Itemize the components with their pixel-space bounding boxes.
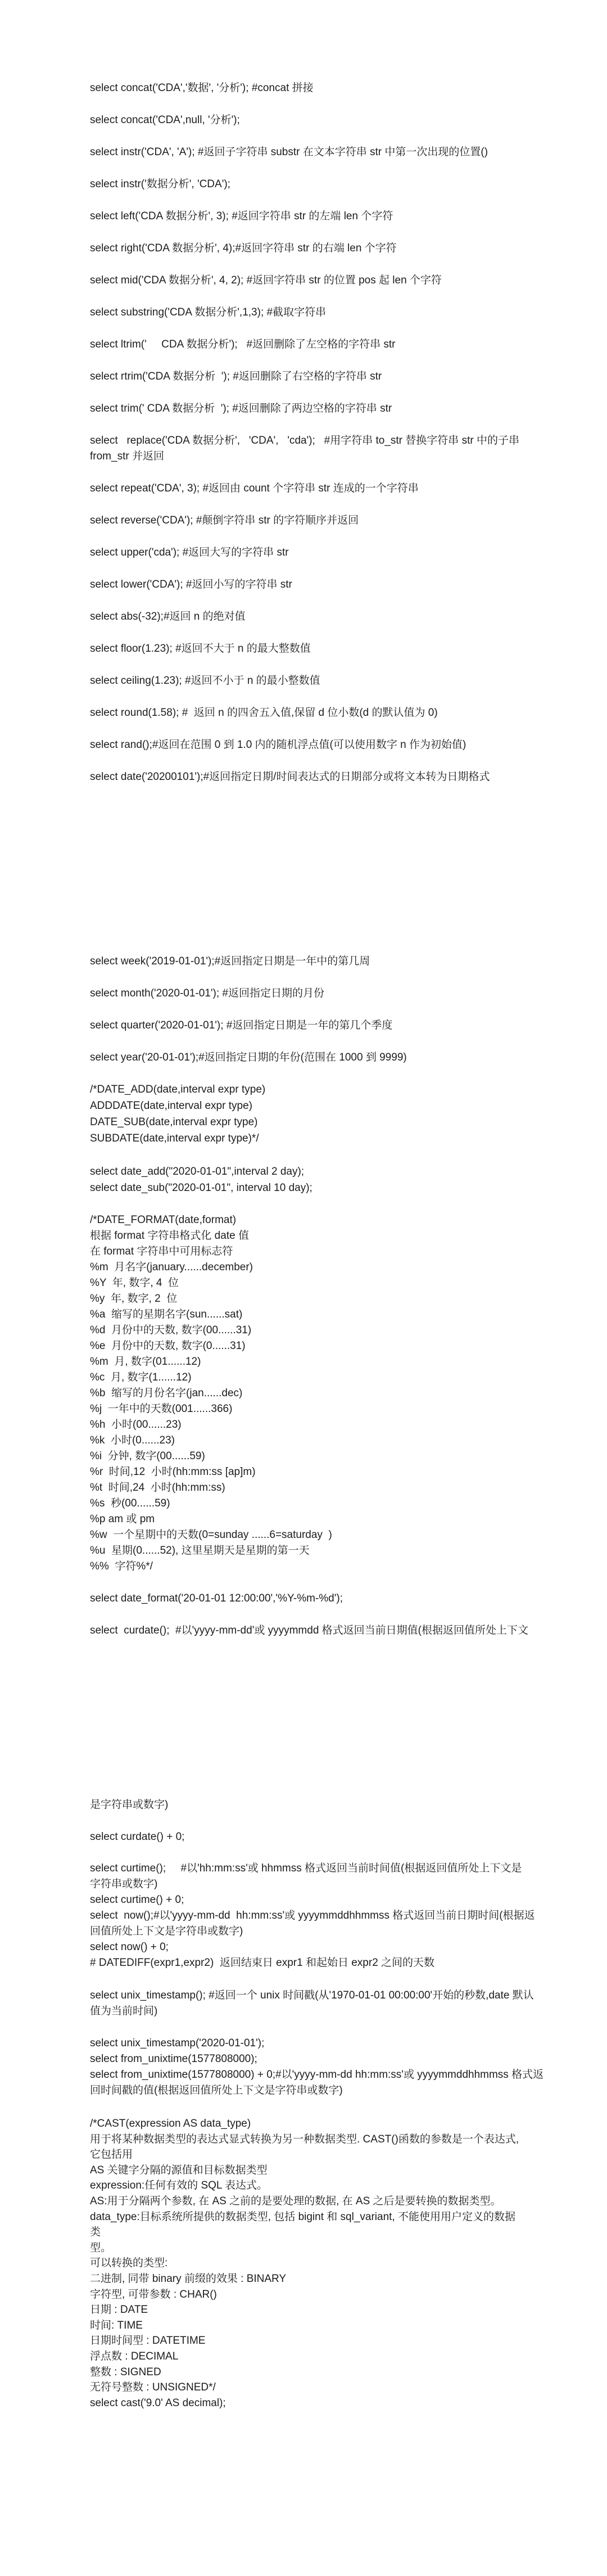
paragraph: select curdate(); #以'yyyy-mm-dd'或 yyyymm…: [90, 1623, 528, 1639]
text-line: /*DATE_FORMAT(date,format): [90, 1212, 332, 1228]
text-block-date-add-examples: select date_add("2020-01-01",interval 2 …: [90, 1163, 312, 1213]
text-line: from_str 并返回: [90, 449, 519, 464]
paragraph: select ltrim(' CDA 数据分析'); #返回删除了左空格的字符串…: [90, 337, 519, 353]
text-line: select month('2020-01-01'); #返回指定日期的月份: [90, 986, 407, 1001]
text-line: 是字符串或数字): [90, 1797, 184, 1813]
text-line: %w 一个星期中的天数(0=sunday ......6=saturday ): [90, 1527, 332, 1543]
text-line: select cast('9.0' AS decimal);: [90, 2395, 519, 2411]
text-line: select week('2019-01-01');#返回指定日期是一年中的第几…: [90, 954, 407, 969]
paragraph: select substring('CDA 数据分析',1,3); #截取字符串: [90, 305, 519, 321]
text-line: %% 字符%*/: [90, 1559, 332, 1575]
text-line: select upper('cda'); #返回大写的字符串 str: [90, 545, 519, 561]
text-line: 用于将某种数据类型的表达式显式转换为另一种数据类型. CAST()函数的参数是一…: [90, 2132, 519, 2148]
text-line: 日期时间型 : DATETIME: [90, 2333, 519, 2349]
text-line: /*DATE_ADD(date,interval expr type): [90, 1081, 265, 1098]
text-block-curtime-now-datediff: select curtime(); #以'hh:mm:ss'或 hhmmss 格…: [90, 1861, 535, 1971]
paragraph: select quarter('2020-01-01'); #返回指定日期是一年…: [90, 1018, 407, 1034]
text-line: /*CAST(expression AS data_type): [90, 2116, 519, 2132]
paragraph: select month('2020-01-01'); #返回指定日期的月份: [90, 986, 407, 1001]
paragraph: select reverse('CDA'); #颠倒字符串 str 的字符顺序并…: [90, 513, 519, 529]
text-block-string-and-math-functions: select concat('CDA','数据', '分析'); #concat…: [90, 80, 519, 801]
text-line: %e 月份中的天数, 数字(0......31): [90, 1338, 332, 1354]
paragraph: select curtime(); #以'hh:mm:ss'或 hhmmss 格…: [90, 1861, 535, 1971]
paragraph: select concat('CDA','数据', '分析'); #concat…: [90, 80, 519, 96]
text-line: select right('CDA 数据分析', 4);#返回字符串 str 的…: [90, 241, 519, 256]
text-line: %i 分钟, 数字(00......59): [90, 1449, 332, 1464]
paragraph: select mid('CDA 数据分析', 4, 2); #返回字符串 str…: [90, 273, 519, 288]
text-line: AS:用于分隔两个参数, 在 AS 之前的是要处理的数据, 在 AS 之后是要转…: [90, 2194, 519, 2209]
paragraph: select unix_timestamp(); #返回一个 unix 时间戳(…: [90, 1988, 534, 2019]
paragraph: /*DATE_FORMAT(date,format)根据 format 字符串格…: [90, 1212, 332, 1575]
paragraph: select rand();#返回在范围 0 到 1.0 内的随机浮点值(可以使…: [90, 737, 519, 753]
text-line: 回值所处上下文是字符串或数字): [90, 1924, 535, 1939]
text-line: select instr('CDA', 'A'); #返回子字符串 substr…: [90, 145, 519, 160]
paragraph: select repeat('CDA', 3); #返回由 count 个字符串…: [90, 481, 519, 497]
text-block-unix-timestamp-examples: select unix_timestamp('2020-01-01');sele…: [90, 2036, 543, 2099]
document-page: select concat('CDA','数据', '分析'); #concat…: [0, 0, 607, 2576]
text-line: %p am 或 pm: [90, 1512, 332, 1527]
text-line: 日期 : DATE: [90, 2302, 519, 2318]
text-line: %y 年, 数字, 2 位: [90, 1291, 332, 1307]
text-line: select from_unixtime(1577808000) + 0;#以'…: [90, 2067, 543, 2083]
text-line: select unix_timestamp('2020-01-01');: [90, 2036, 543, 2051]
text-line: %d 月份中的天数, 数字(00......31): [90, 1323, 332, 1338]
paragraph: select round(1.58); # 返回 n 的四舍五入值,保留 d 位…: [90, 705, 519, 721]
text-line: select ltrim(' CDA 数据分析'); #返回删除了左空格的字符串…: [90, 337, 519, 353]
text-line: 它包括用: [90, 2147, 519, 2163]
text-line: 可以转换的类型:: [90, 2255, 519, 2271]
text-line: %m 月名字(january......december): [90, 1260, 332, 1275]
text-line: select rand();#返回在范围 0 到 1.0 内的随机浮点值(可以使…: [90, 737, 519, 753]
paragraph: select unix_timestamp('2020-01-01');sele…: [90, 2036, 543, 2099]
paragraph: select date_format('20-01-01 12:00:00','…: [90, 1591, 528, 1607]
text-line: select date_format('20-01-01 12:00:00','…: [90, 1591, 528, 1607]
text-line: select concat('CDA','数据', '分析'); #concat…: [90, 80, 519, 96]
paragraph: select abs(-32);#返回 n 的绝对值: [90, 609, 519, 625]
text-line: # DATEDIFF(expr1,expr2) 返回结束日 expr1 和起始日…: [90, 1955, 535, 1971]
text-line: select curtime() + 0;: [90, 1892, 535, 1908]
text-line: %m 月, 数字(01......12): [90, 1354, 332, 1370]
text-line: select round(1.58); # 返回 n 的四舍五入值,保留 d 位…: [90, 705, 519, 721]
text-block-date-add-comment: /*DATE_ADD(date,interval expr type)ADDDA…: [90, 1081, 265, 1163]
text-line: 浮点数 : DECIMAL: [90, 2349, 519, 2365]
text-line: 回时间戳的值(根据返回值所处上下文是字符串或数字): [90, 2083, 543, 2099]
text-line: select instr('数据分析', 'CDA');: [90, 177, 519, 192]
text-line: select date('20200101');#返回指定日期/时间表达式的日期…: [90, 769, 519, 785]
text-line: select ceiling(1.23); #返回不小于 n 的最小整数值: [90, 673, 519, 689]
text-block-cast-block: /*CAST(expression AS data_type)用于将某种数据类型…: [90, 2116, 519, 2411]
text-line: data_type:目标系统所提供的数据类型, 包括 bigint 和 sql_…: [90, 2209, 519, 2225]
text-line: select now();#以'yyyy-mm-dd hh:mm:ss'或 yy…: [90, 1908, 535, 1924]
text-line: %r 时间,12 小时(hh:mm:ss [ap]m): [90, 1464, 332, 1480]
text-line: select year('20-01-01');#返回指定日期的年份(范围在 1…: [90, 1050, 407, 1066]
text-block-unix-timestamp-comment: select unix_timestamp(); #返回一个 unix 时间戳(…: [90, 1988, 534, 2019]
text-line: 二进制, 同带 binary 前缀的效果 : BINARY: [90, 2271, 519, 2287]
paragraph: select ceiling(1.23); #返回不小于 n 的最小整数值: [90, 673, 519, 689]
text-line: select rtrim('CDA 数据分析 '); #返回删除了右空格的字符串…: [90, 369, 519, 385]
text-line: select replace('CDA 数据分析', 'CDA', 'cda')…: [90, 433, 519, 449]
paragraph: select left('CDA 数据分析', 3); #返回字符串 str 的…: [90, 209, 519, 224]
paragraph: /*CAST(expression AS data_type)用于将某种数据类型…: [90, 2116, 519, 2411]
text-block-curdate-continuation: 是字符串或数字)select curdate() + 0;: [90, 1797, 184, 1861]
paragraph: select concat('CDA',null, '分析');: [90, 112, 519, 128]
text-line: AS 关键字分隔的源值和目标数据类型: [90, 2163, 519, 2178]
paragraph: select year('20-01-01');#返回指定日期的年份(范围在 1…: [90, 1050, 407, 1066]
paragraph: select curdate() + 0;: [90, 1829, 184, 1845]
text-line: select date_add("2020-01-01",interval 2 …: [90, 1163, 312, 1180]
paragraph: select week('2019-01-01');#返回指定日期是一年中的第几…: [90, 954, 407, 969]
text-line: select unix_timestamp(); #返回一个 unix 时间戳(…: [90, 1988, 534, 2004]
text-line: select from_unixtime(1577808000);: [90, 2051, 543, 2067]
text-line: select left('CDA 数据分析', 3); #返回字符串 str 的…: [90, 209, 519, 224]
paragraph: select date_add("2020-01-01",interval 2 …: [90, 1163, 312, 1196]
text-line: 在 format 字符串中可用标志符: [90, 1244, 332, 1260]
text-line: select lower('CDA'); #返回小写的字符串 str: [90, 577, 519, 593]
text-line: %a 缩写的星期名字(sun......sat): [90, 1307, 332, 1323]
text-line: select reverse('CDA'); #颠倒字符串 str 的字符顺序并…: [90, 513, 519, 529]
text-line: select concat('CDA',null, '分析');: [90, 112, 519, 128]
paragraph: 是字符串或数字): [90, 1797, 184, 1813]
text-line: %b 缩写的月份名字(jan......dec): [90, 1386, 332, 1401]
text-line: select curdate(); #以'yyyy-mm-dd'或 yyyymm…: [90, 1623, 528, 1639]
paragraph: select instr('CDA', 'A'); #返回子字符串 substr…: [90, 145, 519, 160]
paragraph: select trim(' CDA 数据分析 '); #返回删除了两边空格的字符…: [90, 401, 519, 417]
text-line: select now() + 0;: [90, 1939, 535, 1955]
paragraph: select rtrim('CDA 数据分析 '); #返回删除了右空格的字符串…: [90, 369, 519, 385]
text-line: 根据 format 字符串格式化 date 值: [90, 1228, 332, 1244]
paragraph: select date('20200101');#返回指定日期/时间表达式的日期…: [90, 769, 519, 785]
text-line: %Y 年, 数字, 4 位: [90, 1275, 332, 1291]
paragraph: /*DATE_ADD(date,interval expr type)ADDDA…: [90, 1081, 265, 1147]
text-line: 时间: TIME: [90, 2318, 519, 2334]
text-line: %k 小时(0......23): [90, 1433, 332, 1449]
paragraph: select instr('数据分析', 'CDA');: [90, 177, 519, 192]
text-line: select abs(-32);#返回 n 的绝对值: [90, 609, 519, 625]
text-line: 型。: [90, 2240, 519, 2256]
paragraph: select right('CDA 数据分析', 4);#返回字符串 str 的…: [90, 241, 519, 256]
text-block-date-part-functions: select week('2019-01-01');#返回指定日期是一年中的第几…: [90, 954, 407, 1082]
text-line: 值为当前时间): [90, 2004, 534, 2019]
text-line: %u 星期(0......52), 这里星期天是星期的第一天: [90, 1543, 332, 1559]
text-line: select date_sub("2020-01-01", interval 1…: [90, 1180, 312, 1196]
text-line: select substring('CDA 数据分析',1,3); #截取字符串: [90, 305, 519, 321]
text-line: select mid('CDA 数据分析', 4, 2); #返回字符串 str…: [90, 273, 519, 288]
text-line: select quarter('2020-01-01'); #返回指定日期是一年…: [90, 1018, 407, 1034]
text-line: 字符串或数字): [90, 1876, 535, 1892]
text-line: select repeat('CDA', 3); #返回由 count 个字符串…: [90, 481, 519, 497]
paragraph: select floor(1.23); #返回不大于 n 的最大整数值: [90, 641, 519, 657]
text-line: %s 秒(00......59): [90, 1496, 332, 1512]
text-line: 整数 : SIGNED: [90, 2365, 519, 2380]
text-line: 无符号整数 : UNSIGNED*/: [90, 2380, 519, 2395]
text-line: ADDDATE(date,interval expr type): [90, 1098, 265, 1114]
text-line: %t 时间,24 小时(hh:mm:ss): [90, 1480, 332, 1496]
text-line: expression:任何有效的 SQL 表达式。: [90, 2178, 519, 2194]
text-line: DATE_SUB(date,interval expr type): [90, 1114, 265, 1130]
paragraph: select replace('CDA 数据分析', 'CDA', 'cda')…: [90, 433, 519, 464]
text-block-date-format-example-and-curdate: select date_format('20-01-01 12:00:00','…: [90, 1591, 528, 1655]
paragraph: select upper('cda'); #返回大写的字符串 str: [90, 545, 519, 561]
text-line: 类: [90, 2225, 519, 2240]
text-block-date-format-comment: /*DATE_FORMAT(date,format)根据 format 字符串格…: [90, 1212, 332, 1575]
text-line: select trim(' CDA 数据分析 '); #返回删除了两边空格的字符…: [90, 401, 519, 417]
text-line: select floor(1.23); #返回不大于 n 的最大整数值: [90, 641, 519, 657]
text-line: select curdate() + 0;: [90, 1829, 184, 1845]
text-line: %h 小时(00......23): [90, 1417, 332, 1433]
paragraph: select lower('CDA'); #返回小写的字符串 str: [90, 577, 519, 593]
text-line: select curtime(); #以'hh:mm:ss'或 hhmmss 格…: [90, 1861, 535, 1876]
text-line: 字符型, 可带参数 : CHAR(): [90, 2287, 519, 2303]
text-line: %j 一年中的天数(001......366): [90, 1401, 332, 1417]
text-line: SUBDATE(date,interval expr type)*/: [90, 1130, 265, 1147]
text-line: %c 月, 数字(1......12): [90, 1370, 332, 1386]
